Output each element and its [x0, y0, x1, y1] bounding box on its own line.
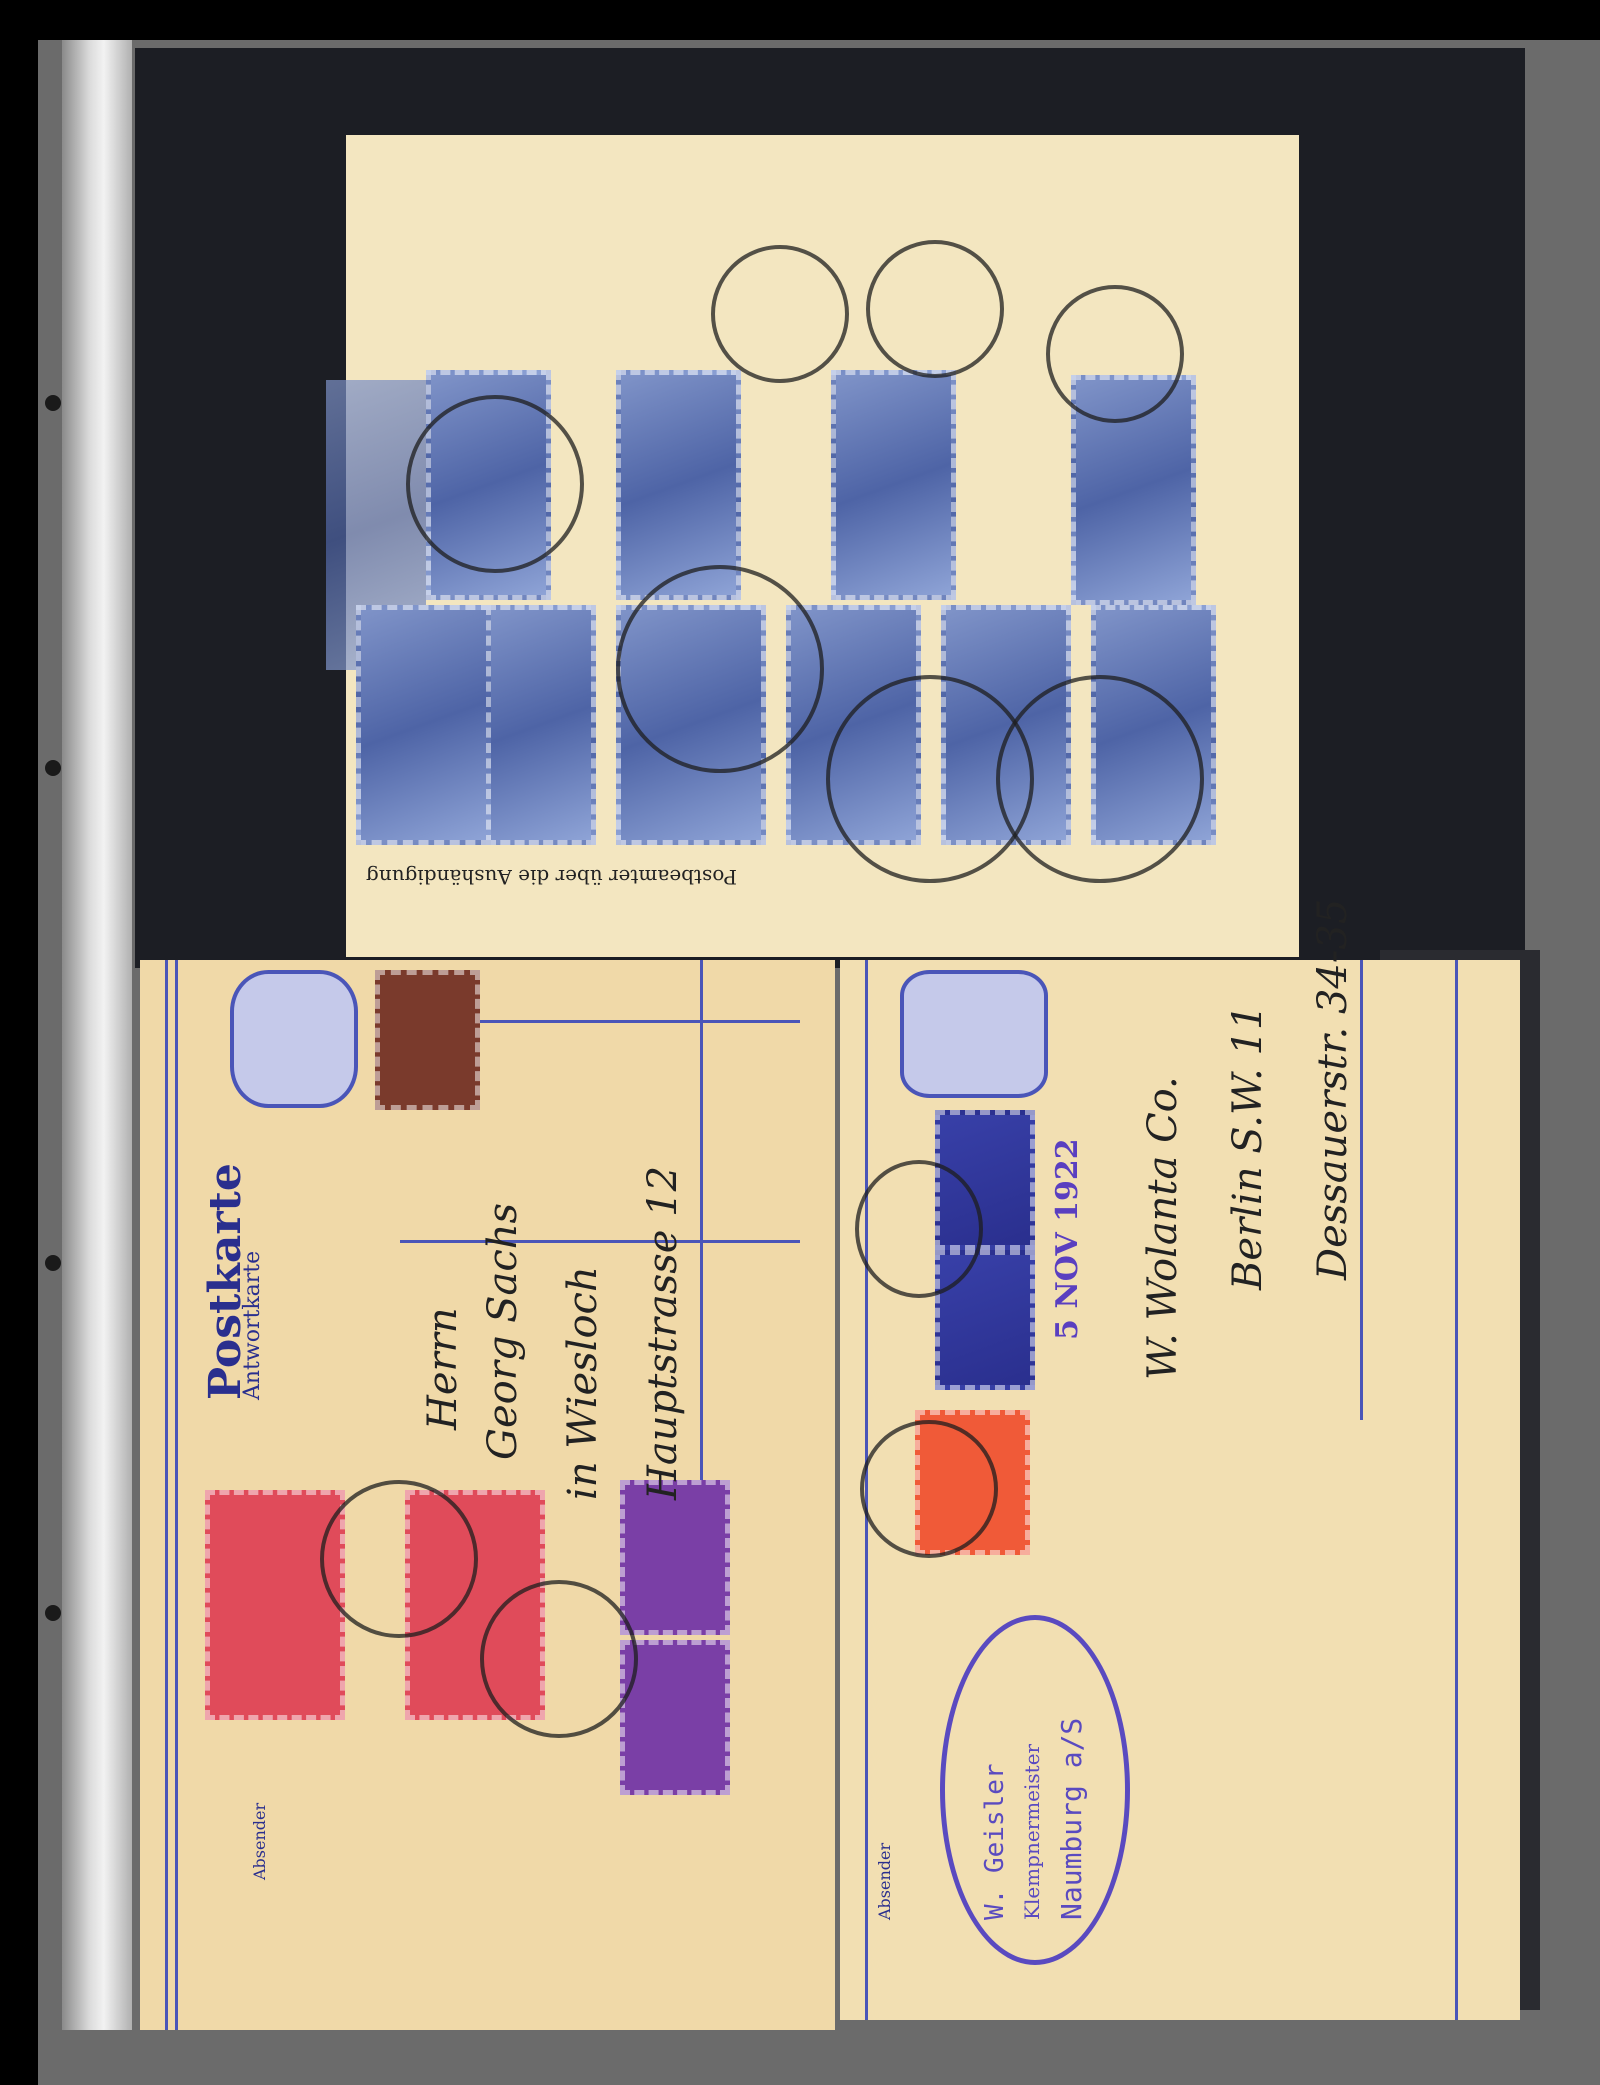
frame-line — [1360, 960, 1363, 1420]
address-line: W. Wolanta Co. — [1140, 1076, 1186, 1380]
postmark — [860, 1420, 998, 1558]
address-line: Dessauerstr. 34-35 — [1310, 899, 1356, 1280]
receiving-stamp: 5 NOV 1922 — [1050, 1138, 1085, 1340]
stamp — [831, 370, 956, 600]
binder-hole — [45, 1605, 61, 1621]
stamp-violet-2 — [620, 1480, 730, 1635]
postcard-left: Postkarte Antwortkarte Absender Herrn Ge… — [140, 960, 835, 2030]
indicium — [230, 970, 358, 1108]
card-subtitle: Antwortkarte — [240, 1251, 265, 1400]
address-line: in Wiesloch — [560, 1266, 606, 1500]
binder-hole — [45, 760, 61, 776]
postmark — [866, 240, 1004, 378]
postmark — [406, 395, 584, 573]
frame-line — [1455, 960, 1458, 2020]
postmark — [1046, 285, 1184, 423]
stamp-brown — [375, 970, 480, 1110]
address-line: Hauptstrasse 12 — [640, 1166, 686, 1500]
binder-hole — [45, 395, 61, 411]
printed-text: Postbeamter über die Aushändigung — [366, 865, 737, 889]
sender-label: Absender — [250, 1803, 269, 1880]
binder-hole — [45, 1255, 61, 1271]
stamp-red-10 — [205, 1490, 345, 1720]
sender-label: Absender — [875, 1843, 894, 1920]
postcard-right: 5 NOV 1922 W. Wolanta Co. Berlin S.W. 11… — [840, 960, 1520, 2020]
indicium — [900, 970, 1048, 1098]
postmark — [320, 1480, 478, 1638]
stamp — [356, 605, 491, 845]
postmark — [855, 1160, 983, 1298]
money-order-fragment: Postbeamter über die Aushändigung — [346, 135, 1299, 957]
address-line: Berlin S.W. 11 — [1225, 1005, 1271, 1290]
frame-line — [400, 1240, 800, 1243]
address-line: Georg Sachs — [480, 1203, 526, 1460]
sender-cachet: W. Geisler Klempnermeister Naumburg a/S — [940, 1615, 1130, 1965]
frame-line — [175, 960, 178, 2030]
postmark — [616, 565, 824, 773]
postmark — [480, 1580, 638, 1738]
frame-line — [165, 960, 168, 2030]
address-line: Herrn — [420, 1307, 466, 1430]
postmark — [711, 245, 849, 383]
binder-strip — [62, 40, 132, 2030]
stamp — [486, 605, 596, 845]
postmark — [996, 675, 1204, 883]
